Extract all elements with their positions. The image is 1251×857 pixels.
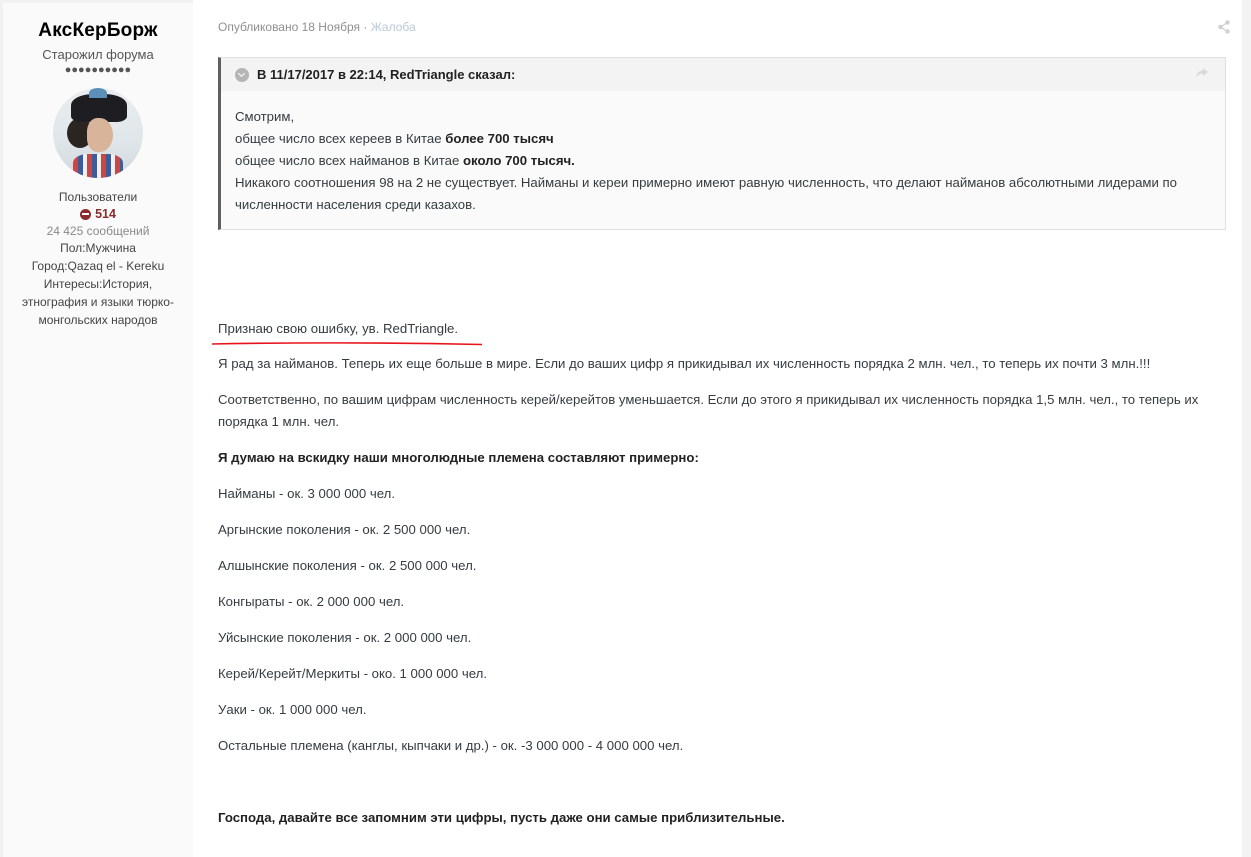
forum-post-page: АксКерБорж Старожил форума ●●●●●●●●●● По… bbox=[0, 0, 1251, 857]
reply-arrow-icon[interactable] bbox=[1195, 67, 1209, 79]
author-avatar[interactable] bbox=[53, 88, 143, 178]
quote-line: Смотрим, bbox=[235, 106, 1225, 128]
author-post-count: 24 425 сообщений bbox=[3, 224, 193, 238]
paragraph: Соответственно, по вашим цифрам численно… bbox=[218, 389, 1218, 433]
post-date: Опубликовано 18 Ноября bbox=[218, 20, 360, 34]
quote-block: В 11/17/2017 в 22:14, RedTriangle сказал… bbox=[218, 57, 1226, 230]
tribe-item: Уаки - ок. 1 000 000 чел. bbox=[218, 699, 366, 721]
author-panel: АксКерБорж Старожил форума ●●●●●●●●●● По… bbox=[0, 0, 193, 857]
quote-header[interactable]: В 11/17/2017 в 22:14, RedTriangle сказал… bbox=[221, 58, 1225, 91]
author-rank-title: Старожил форума bbox=[3, 47, 193, 62]
tribe-item: Конгыраты - ок. 2 000 000 чел. bbox=[218, 591, 404, 613]
tribe-item: Аргынские поколения - ок. 2 500 000 чел. bbox=[218, 519, 470, 541]
report-link[interactable]: Жалоба bbox=[371, 20, 416, 34]
author-group: Пользователи bbox=[3, 190, 193, 204]
tribe-item: Уйсынские поколения - ок. 2 000 000 чел. bbox=[218, 627, 471, 649]
red-underline-annotation bbox=[211, 341, 483, 347]
quote-line: общее число всех найманов в Китае около … bbox=[235, 150, 1225, 172]
author-name[interactable]: АксКерБорж bbox=[3, 20, 193, 42]
tribe-item: Найманы - ок. 3 000 000 чел. bbox=[218, 483, 395, 505]
minus-circle-icon bbox=[80, 209, 91, 220]
list-heading: Я думаю на вскидку наши многолюдные плем… bbox=[218, 447, 699, 469]
author-rank-pips: ●●●●●●●●●● bbox=[3, 63, 193, 77]
quote-line: общее число всех кереев в Китае более 70… bbox=[235, 128, 1225, 150]
tribe-item: Алшынские поколения - ок. 2 500 000 чел. bbox=[218, 555, 476, 577]
tribe-item: Керей/Керейт/Меркиты - око. 1 000 000 че… bbox=[218, 663, 487, 685]
closing-text: Господа, давайте все запомним эти цифры,… bbox=[218, 807, 785, 829]
meta-separator: · bbox=[360, 20, 371, 34]
chevron-down-circle-icon[interactable] bbox=[235, 68, 249, 82]
quote-line: Никакого соотношения 98 на 2 не существу… bbox=[235, 172, 1195, 216]
scrollbar-track[interactable] bbox=[1242, 0, 1251, 857]
author-gender: Пол:Мужчина bbox=[3, 239, 193, 257]
tribe-item: Остальные племена (канглы, кыпчаки и др.… bbox=[218, 735, 683, 757]
author-interests: Интересы:История, этнография и языки тюр… bbox=[11, 275, 186, 329]
quote-citation: В 11/17/2017 в 22:14, RedTriangle сказал… bbox=[257, 67, 515, 82]
quote-text: Смотрим, общее число всех кереев в Китае… bbox=[221, 91, 1225, 216]
author-reputation: 514 bbox=[3, 207, 193, 221]
reputation-value: 514 bbox=[95, 207, 116, 221]
author-city: Город:Qazaq el - Kereku bbox=[3, 257, 193, 275]
post-meta: Опубликовано 18 Ноября · Жалоба bbox=[218, 20, 416, 34]
acknowledgement-text: Признаю свою ошибку, ув. RedTriangle. bbox=[218, 318, 458, 340]
paragraph: Я рад за найманов. Теперь их еще больше … bbox=[218, 353, 1150, 375]
share-icon[interactable] bbox=[1218, 20, 1230, 34]
